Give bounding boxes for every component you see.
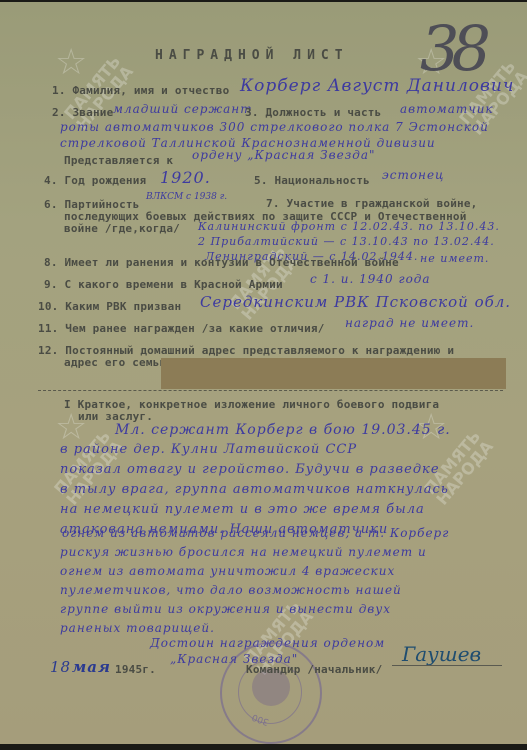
narrative-line: показал отвагу и геройство. Будучи в раз… [60,462,440,477]
field-2-value: младший сержант [113,102,253,116]
field-4-label: 4. Год рождения [44,174,146,187]
war-service-1: Калининский фронт с 12.02.43. по 13.10.4… [198,220,500,233]
field-11-label: 11. Чем ранее награжден /за какие отличи… [38,322,325,335]
date-year: 1945г. [115,663,156,676]
narrative-line: пулеметчиков, что дало возможность нашей [60,583,402,597]
narrative-line: Мл. сержант Корберг в бою 19.03.45 г. [115,422,451,438]
field-5-value: эстонец [382,168,444,182]
award-sheet-page: ☆ ПАМЯТЬНАРОДА ☆ ПАМЯТЬНАРОДА ПАМЯТЬНАРО… [0,2,527,744]
field-7-label-part1: 7. Участие в гражданской войне, [266,198,506,210]
section-divider [38,390,503,391]
field-5-label: 5. Национальность [254,174,370,187]
corner-number: 38 [420,12,483,85]
date-month: мая [72,658,111,676]
narrative-line: в районе дер. Кулни Латвийской ССР [60,442,357,457]
field-3-value: автоматчик [400,102,494,116]
field-12-label-line2: адрес его семьи [64,356,166,369]
redacted-address [161,358,506,389]
nominated-for-label: Представляется к [64,154,173,167]
field-8-value: не имеет. [420,252,489,265]
nominated-for-value: ордену „Красная Звезда" [192,148,376,162]
narrative-line: на немецкий пулемет и в это же время был… [60,502,425,517]
page-title: НАГРАДНОЙ ЛИСТ [155,48,349,63]
narrative-line: группе выйти из окружения и вынести двух [60,602,391,616]
watermark-star-icon: ☆ [55,42,87,83]
field-2-label: 2. Звание [52,106,113,119]
field-3-value-line2: роты автоматчиков 300 стрелкового полка … [60,120,489,134]
field-3-label: 3. Должность и часть [245,106,381,119]
narrative-line: огнем из автоматов рассеяли немцев, а т.… [62,526,449,540]
field-10-value: Середкинским РВК Псковской обл. [200,293,511,311]
signer-label: Командир /начальник/ [246,663,382,676]
narrative-line: в тылу врага, группа автоматчиков наткну… [60,482,449,497]
narrative-line: рискуя жизнью бросился на немецкий пулем… [60,545,427,559]
field-7-label-part3: войне /где,когда/ [64,222,180,235]
signature: Гаушев [402,642,481,666]
war-service-2: 2 Прибалтийский — с 13.10.43 по 13.02.44… [198,235,495,248]
signature-line [392,665,502,666]
field-11-value: наград не имеет. [345,316,474,330]
field-1-label: 1. Фамилия, имя и отчество [52,84,229,97]
field-6-value: ВЛКСМ с 1938 г. [146,192,227,202]
narrative-line: раненых товарищей. [60,621,215,635]
field-9-label: 9. С какого времени в Красной Армии [44,278,283,291]
field-8-label: 8. Имеет ли ранения и контузии в Отечест… [44,256,399,269]
narrative-line: огнем из автомата уничтожил 4 вражеских [60,564,395,578]
field-10-label: 10. Каким РВК призван [38,300,181,313]
field-9-value: с 1. и. 1940 года [310,272,431,286]
field-4-value: 1920. [160,168,211,187]
date-day: 18 [50,658,71,676]
field-1-value: Корберг Август Данилович [240,76,514,96]
